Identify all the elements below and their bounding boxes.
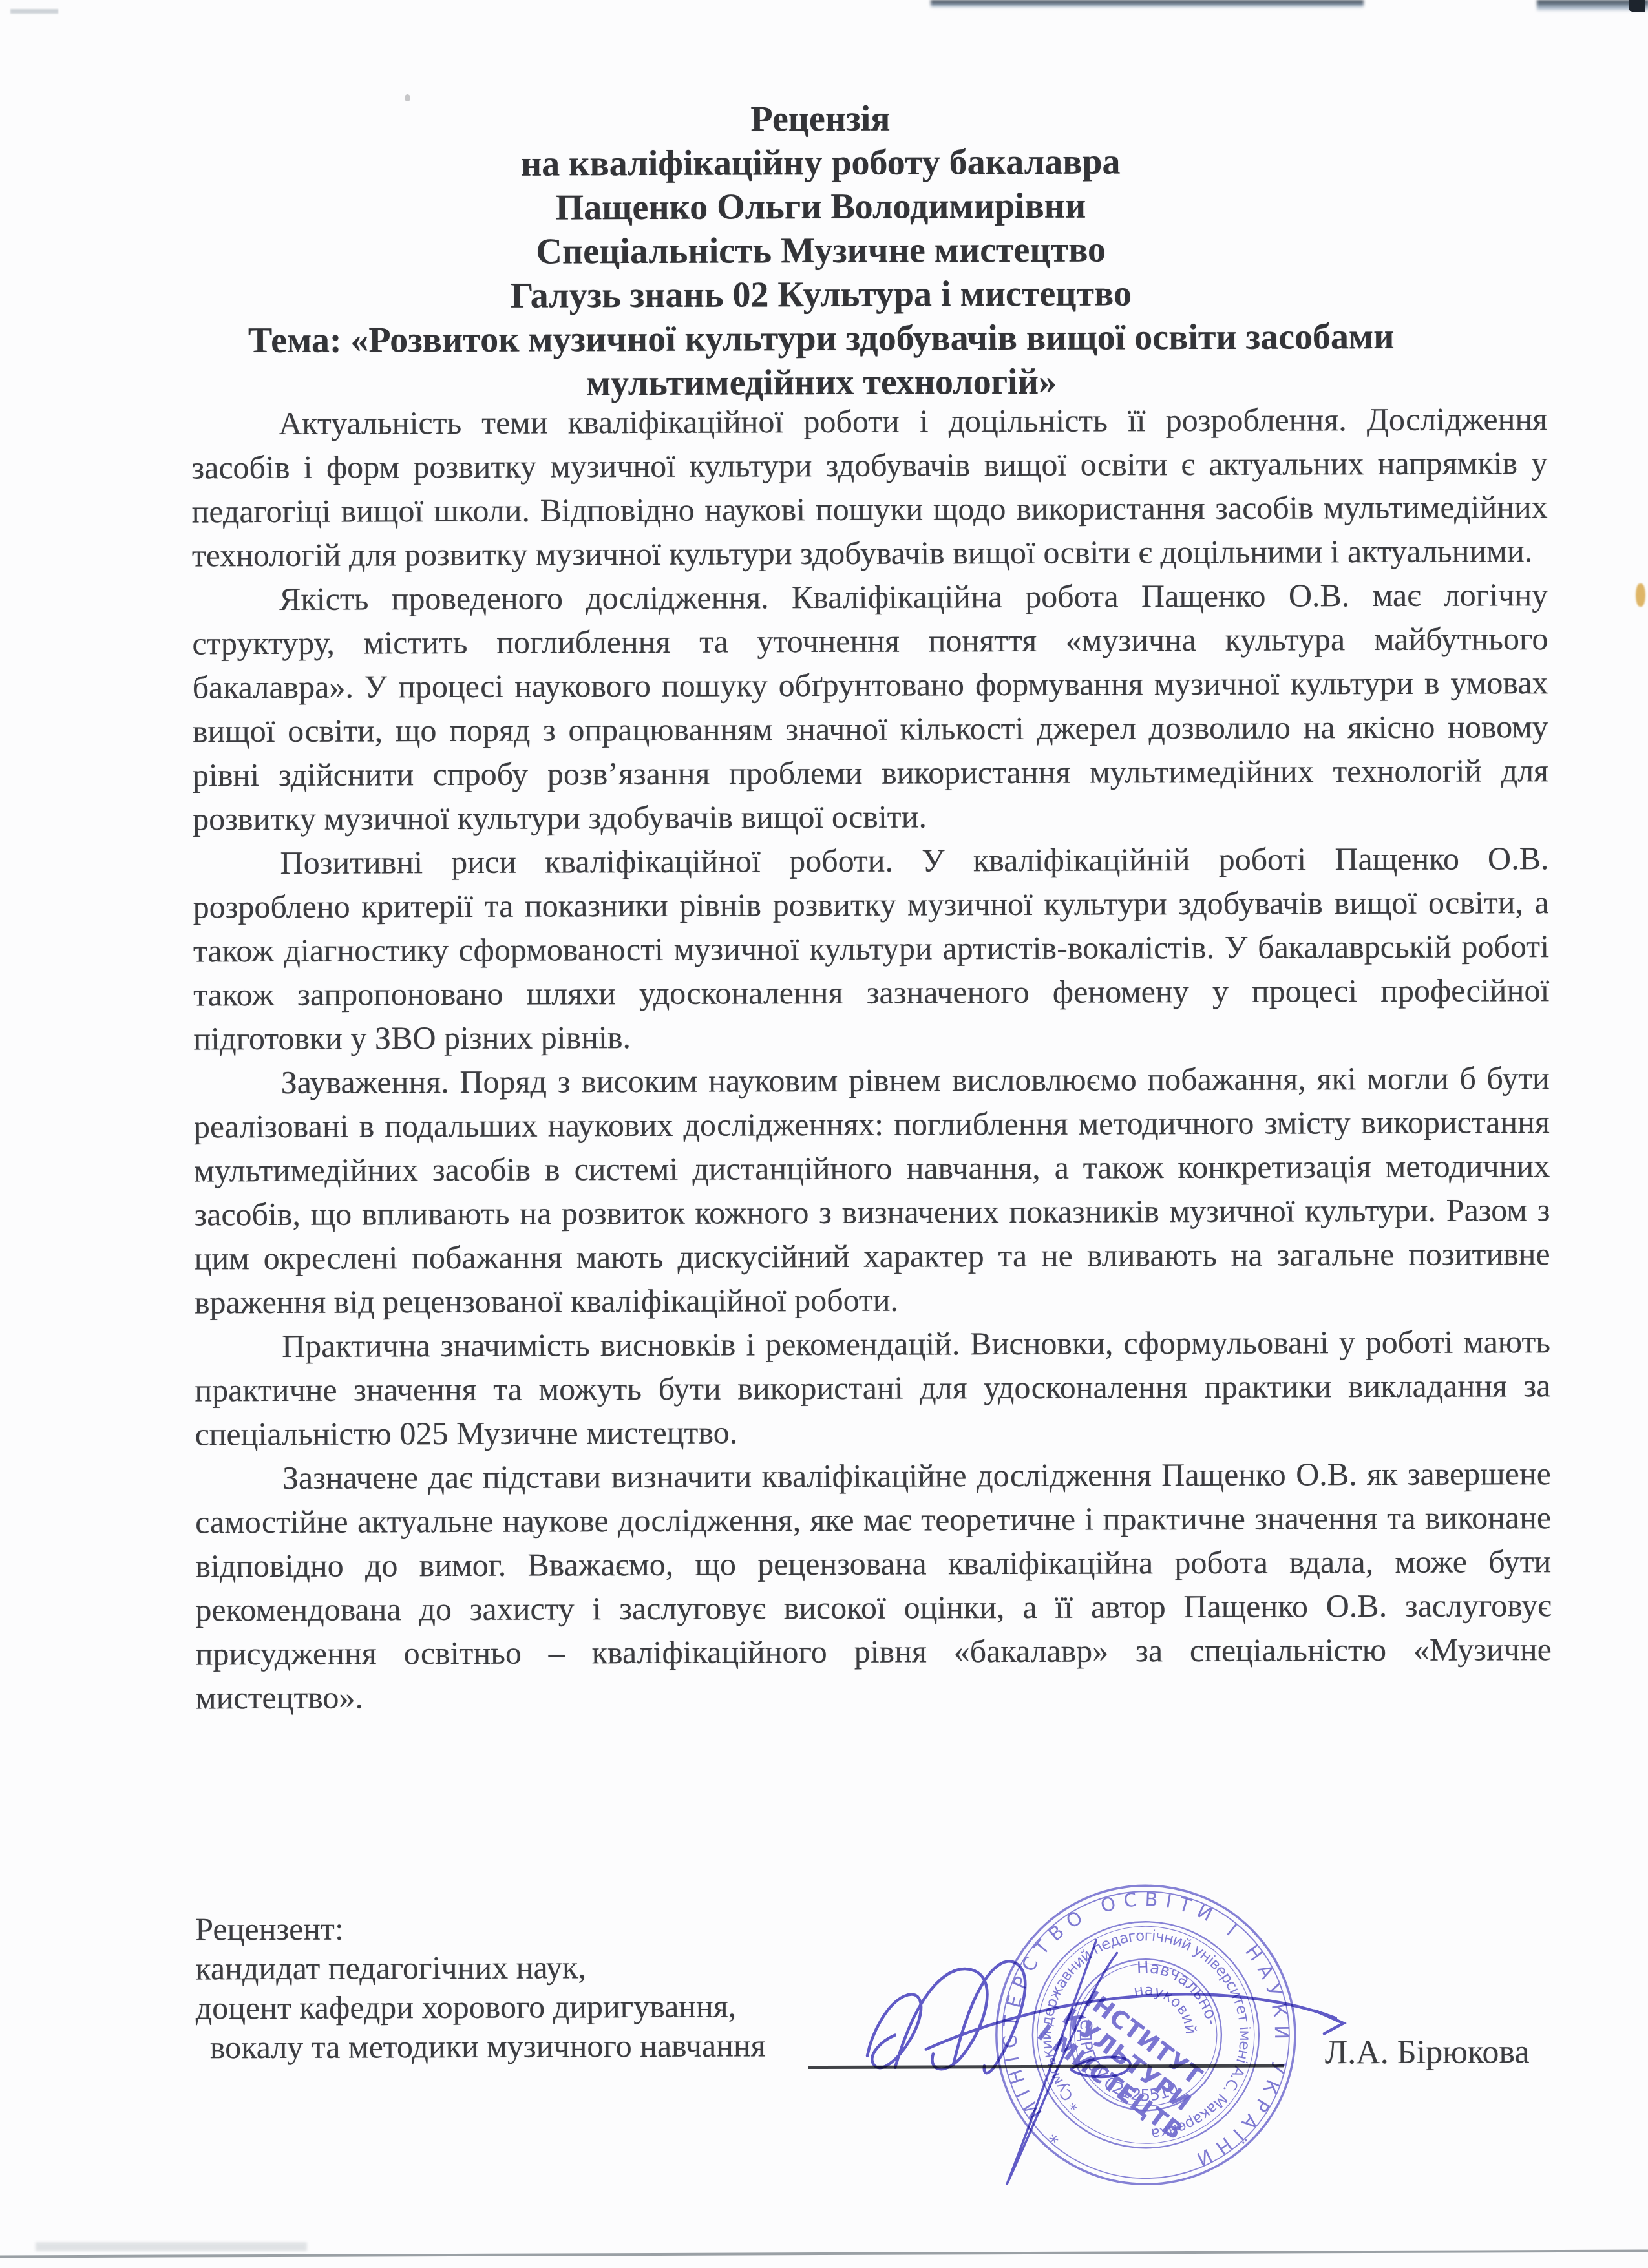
document-content: Рецензія на кваліфікаційну роботу бакала… [0,0,1648,2268]
paragraph-practical: Практична значимість висновків і рекомен… [195,1319,1551,1456]
handwritten-signature [649,1904,1393,2230]
paragraph-conclusion: Зазначене дає підстави визначити кваліфі… [195,1451,1552,1719]
reviewer-name: Л.А. Бірюкова [1325,2033,1530,2072]
header-specialty: Спеціальність Музичне мистецтво [142,226,1499,275]
header-topic: Тема: «Розвиток музичної культури здобув… [143,314,1500,406]
header-field: Галузь знань 02 Культура і мистецтво [142,270,1499,319]
paragraph-positives: Позитивні риси кваліфікаційної роботи. У… [193,836,1549,1060]
scanned-review-page: Рецензія на кваліфікаційну роботу бакала… [0,0,1648,2268]
header-title: Рецензія [142,94,1499,143]
paragraph-relevance: Актуальність теми кваліфікаційної роботи… [191,397,1548,577]
document-body: Актуальність теми кваліфікаційної роботи… [191,397,1552,1719]
header-author: Пащенко Ольги Володимирівни [142,182,1499,231]
document-header: Рецензія на кваліфікаційну роботу бакала… [142,94,1500,406]
header-subtitle: на кваліфікаційну роботу бакалавра [142,138,1499,187]
paragraph-remarks: Зауваження. Поряд з високим науковим рів… [194,1056,1550,1324]
paragraph-quality: Якість проведеного дослідження. Кваліфік… [192,572,1548,841]
